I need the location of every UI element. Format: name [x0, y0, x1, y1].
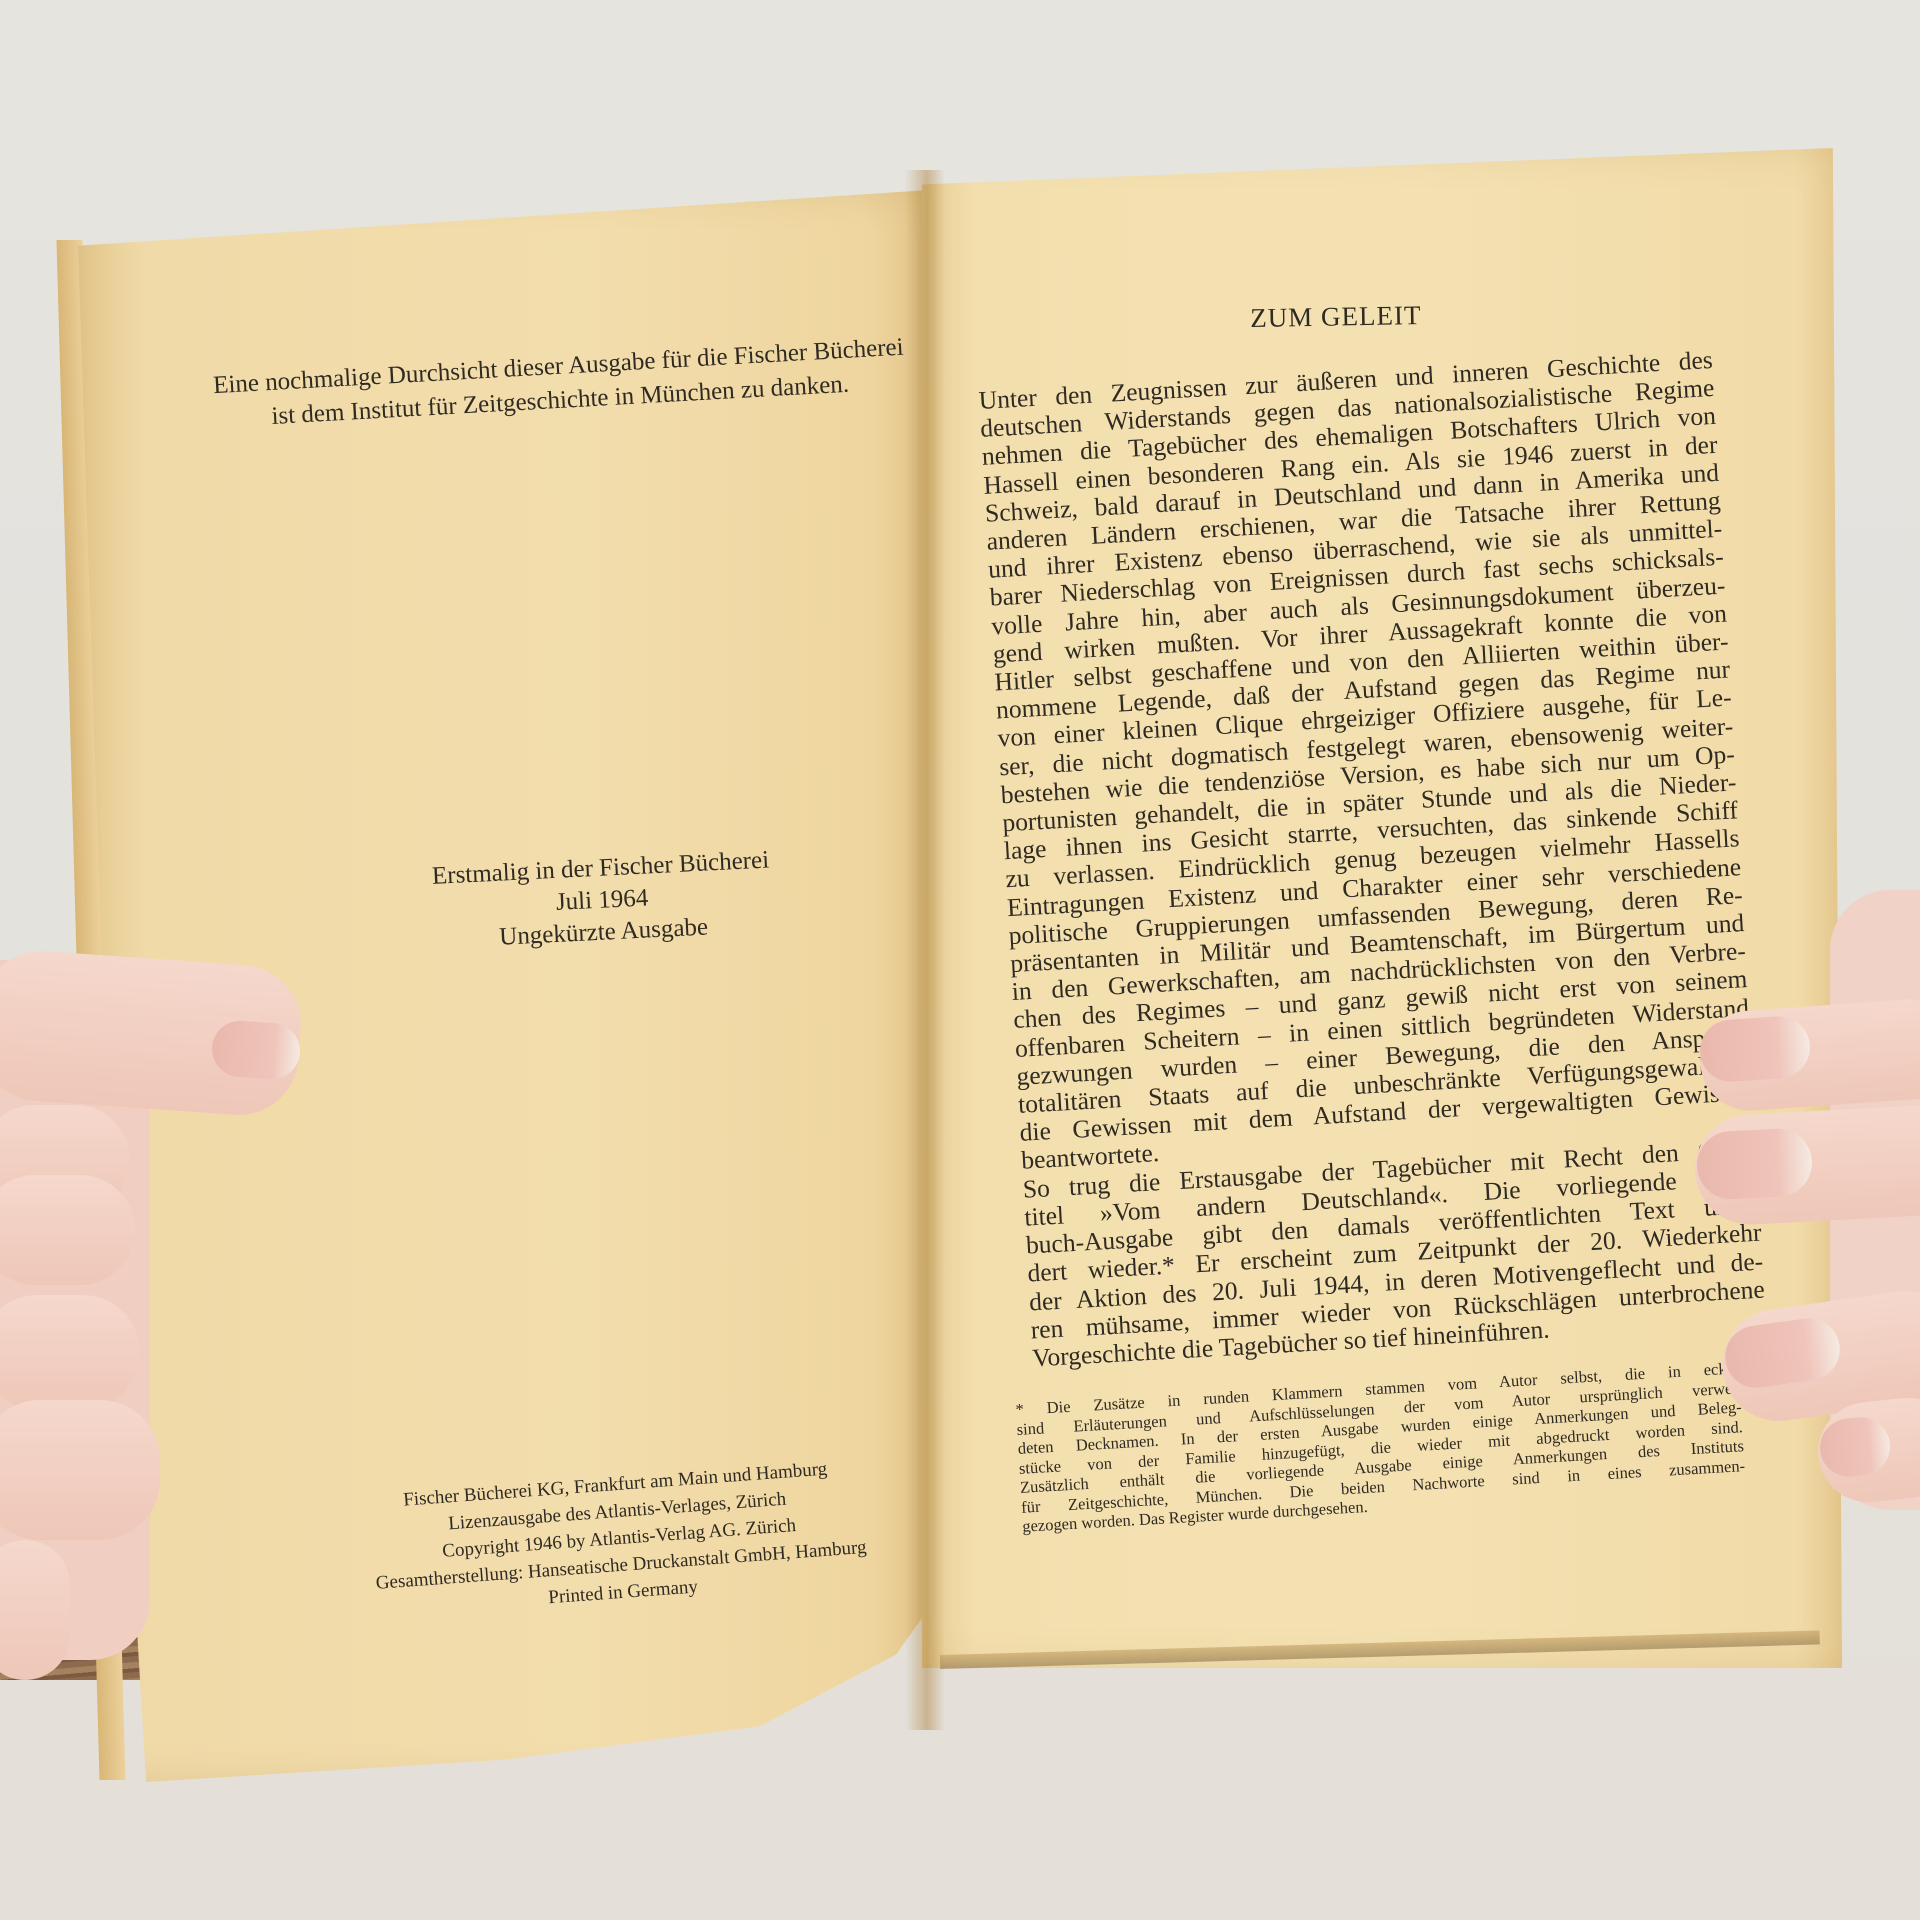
- foreword-body: Unter den Zeugnissen zur äußeren und inn…: [978, 346, 1767, 1373]
- book-spine: [905, 170, 945, 1730]
- right-finger-nail: [1695, 1127, 1813, 1201]
- left-thumb-nail: [210, 1019, 302, 1081]
- left-finger: [0, 1295, 140, 1410]
- left-finger: [0, 1400, 160, 1540]
- edition-note: Erstmalig in der Fischer Bücherei Juli 1…: [410, 843, 794, 957]
- left-finger: [0, 1175, 135, 1285]
- right-finger-nail: [1698, 1014, 1812, 1084]
- chapter-heading: ZUM GELEIT: [1250, 300, 1422, 334]
- photo-scene: Eine nochmalige Durchsicht dieser Ausgab…: [0, 0, 1920, 1920]
- left-finger: [0, 1540, 70, 1680]
